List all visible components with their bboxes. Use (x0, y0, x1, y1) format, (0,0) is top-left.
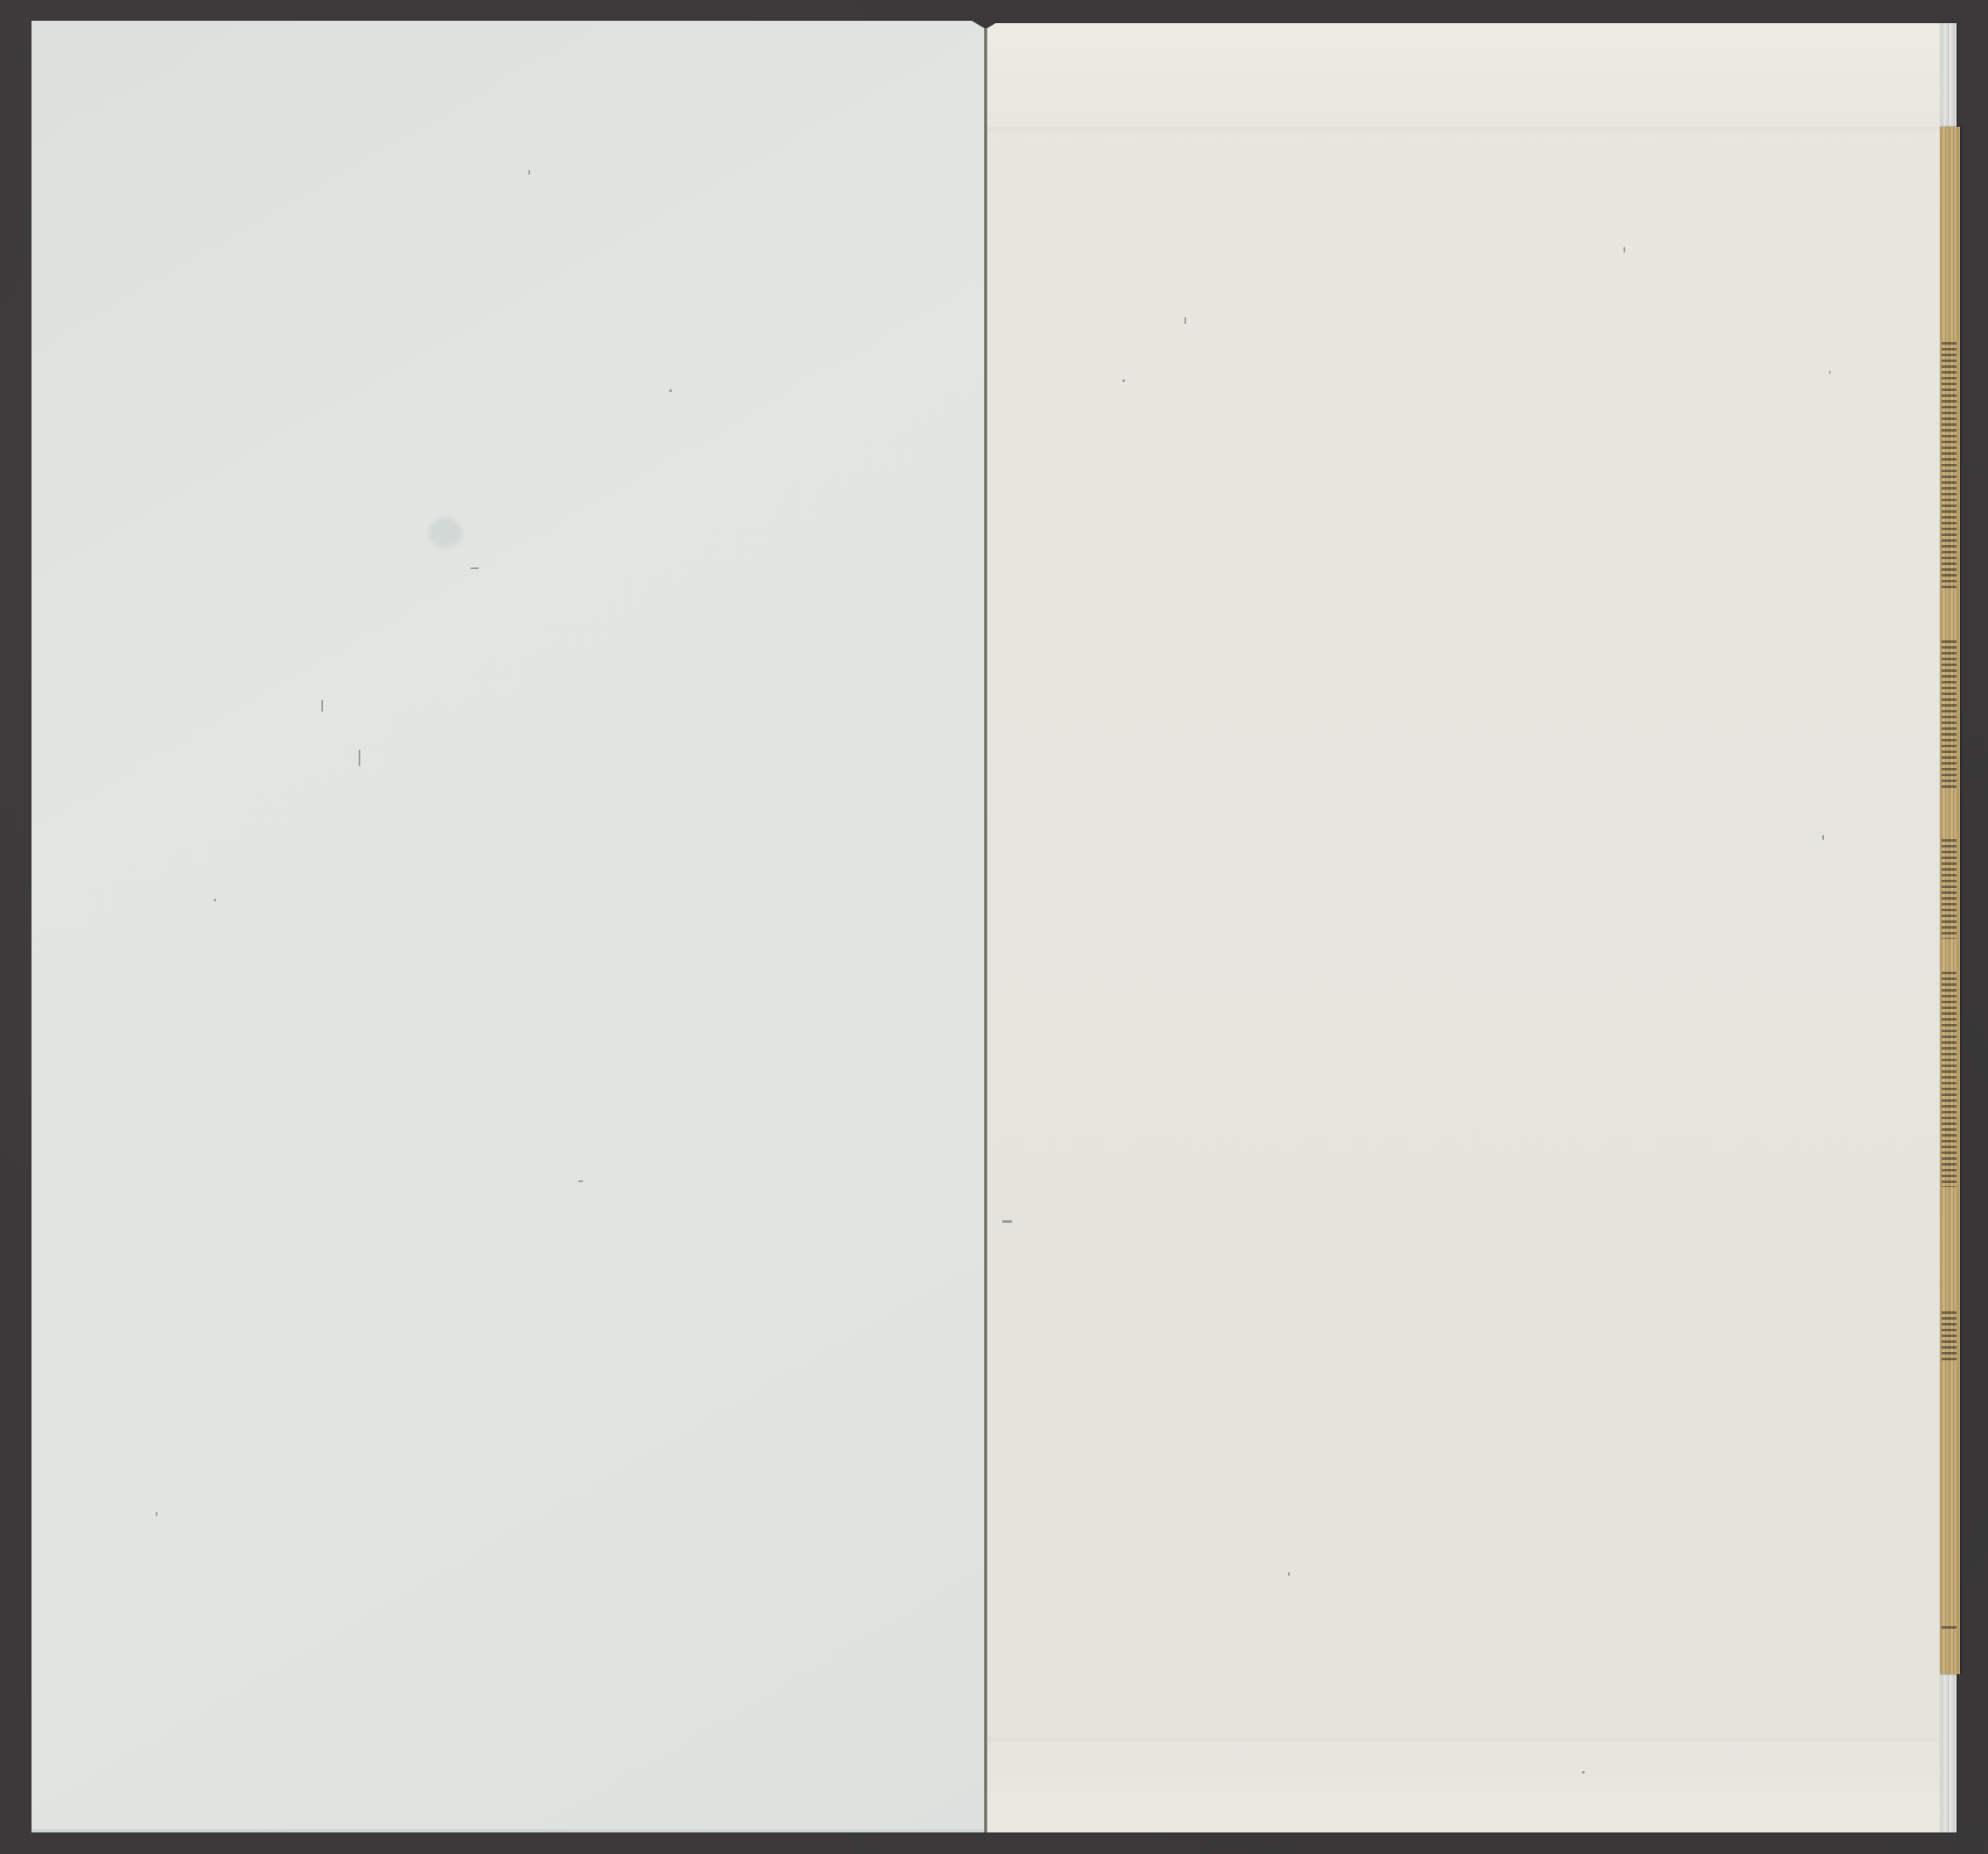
paper-speck (214, 899, 216, 901)
paper-speck (1002, 1220, 1012, 1223)
paper-speck (321, 700, 323, 712)
paper-speck (470, 567, 479, 569)
paper-speck (156, 1512, 157, 1516)
book-spread (0, 0, 1988, 1854)
paper-speck (1288, 1572, 1290, 1576)
paper-speck (1624, 247, 1625, 253)
right-page (986, 23, 1940, 1832)
ink-bleed-mark (1942, 972, 1957, 1187)
left-page-content (31, 21, 32, 22)
fold-band-bottom (986, 1733, 1940, 1741)
ink-bleed-mark (1942, 342, 1957, 591)
paper-speck (1582, 1771, 1585, 1774)
fold-band-top (986, 127, 1940, 135)
paper-speck (578, 1180, 583, 1182)
ink-bleed-mark (1942, 1311, 1957, 1361)
paper-stain (429, 518, 462, 548)
fore-edge-binding (1940, 127, 1960, 1674)
left-page (31, 21, 986, 1832)
ink-bleed-mark (1942, 839, 1957, 939)
paper-speck (1829, 371, 1831, 374)
paper-speck (1122, 379, 1125, 382)
paper-speck (359, 750, 360, 766)
paper-speck (528, 170, 530, 175)
ink-bleed-mark (1942, 640, 1957, 789)
paper-speck (1185, 317, 1186, 324)
ink-bleed-mark (1942, 1626, 1957, 1631)
book-gutter (984, 23, 987, 1832)
paper-speck (669, 389, 672, 392)
paper-speck (1822, 835, 1824, 840)
